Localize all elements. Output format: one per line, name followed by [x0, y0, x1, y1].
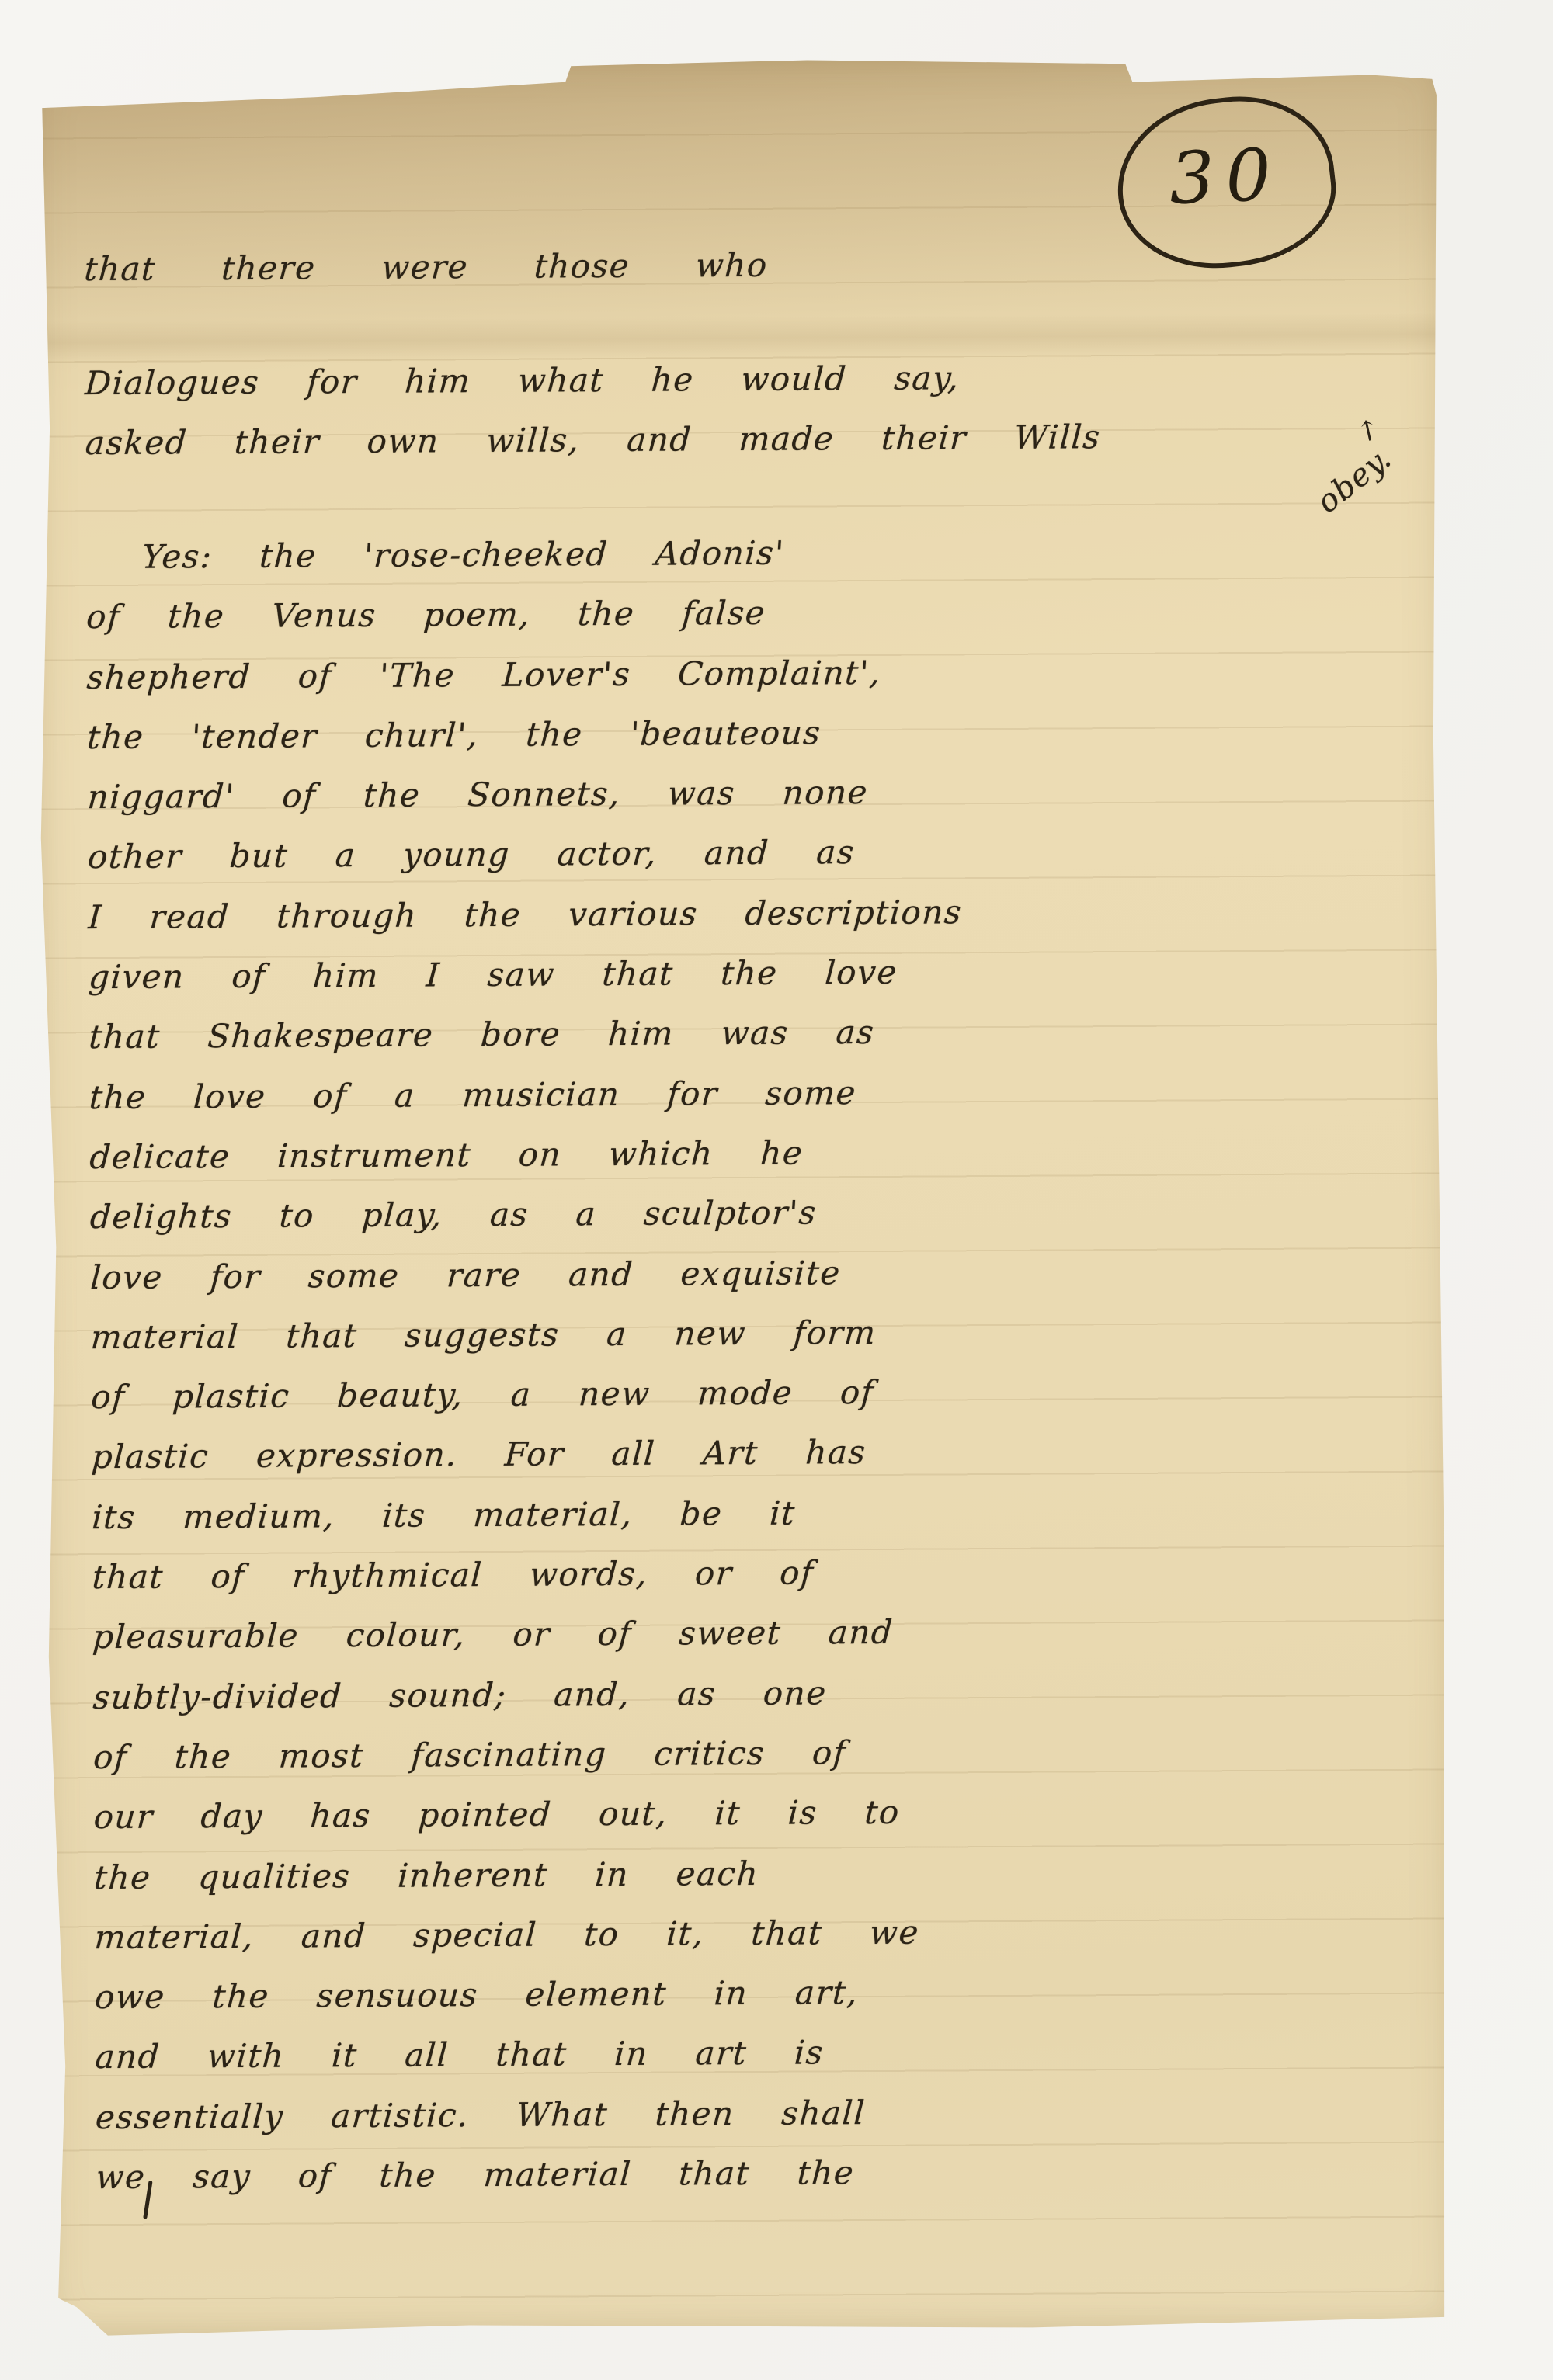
manuscript-line: that of rhythmical words, or of	[91, 1542, 968, 1607]
manuscript-line: delights to play, as a sculptor's	[89, 1182, 966, 1247]
manuscript-line: its medium, its material, be it	[90, 1482, 968, 1547]
manuscript-line: of the most fascinating critics of	[92, 1722, 969, 1787]
manuscript-line: love for some rare and exquisite	[89, 1242, 966, 1307]
manuscript-line: other but a young actor, and as	[86, 822, 964, 887]
manuscript-line: that Shakespeare bore him was as	[87, 1002, 964, 1067]
manuscript-line: subtly-divided sound; and, as one	[91, 1662, 968, 1727]
manuscript-line: delicate instrument on which he	[88, 1122, 965, 1187]
scan-background: 30 that there were those who Dialogues f…	[0, 0, 1553, 2380]
manuscript-line: the qualities inherent in each	[92, 1842, 970, 1907]
manuscript-line: of the Venus poem, the false	[85, 582, 962, 647]
manuscript-line: we say of the material that the	[94, 2142, 971, 2207]
manuscript-line: and with it all that in art is	[93, 2022, 971, 2087]
manuscript-paragraph: Dialogues for him what he would say, ask…	[85, 347, 1101, 474]
manuscript-line: I read through the various descriptions	[86, 882, 964, 947]
manuscript-line: the love of a musician for some	[88, 1062, 965, 1127]
page-number-badge: 30	[1109, 86, 1343, 279]
manuscript-line: the 'tender churl', the 'beauteous	[85, 702, 963, 767]
manuscript-line: that there were those who	[82, 235, 770, 300]
manuscript-line: material, and special to it, that we	[92, 1902, 970, 1967]
manuscript-line: pleasurable colour, or of sweet and	[91, 1602, 968, 1667]
manuscript-line: niggard' of the Sonnets, was none	[85, 762, 963, 827]
page-number: 30	[1168, 133, 1284, 220]
manuscript-line: asked their own wills, and made their Wi…	[84, 407, 1103, 473]
manuscript-line: shepherd of 'The Lover's Complaint',	[85, 642, 962, 707]
manuscript-line: our day has pointed out, it is to	[92, 1782, 969, 1847]
manuscript-line: of plastic beauty, a new mode of	[89, 1362, 967, 1427]
interline-insertion: ↑ obey.	[1256, 407, 1459, 556]
manuscript-paragraph: Yes: the 'rose-cheeked Adonis' of the Ve…	[86, 522, 971, 2207]
manuscript-line: given of him I saw that the love	[87, 942, 964, 1007]
manuscript-line: essentially artistic. What then shall	[94, 2082, 971, 2147]
manuscript-line: owe the sensuous element in art,	[93, 1962, 971, 2027]
manuscript-line: Dialogues for him what he would say,	[83, 347, 1103, 413]
manuscript-line: material that suggests a new form	[89, 1302, 967, 1367]
manuscript-line: Yes: the 'rose-cheeked Adonis'	[84, 522, 961, 587]
manuscript-page: 30 that there were those who Dialogues f…	[33, 56, 1454, 2339]
manuscript-line: plastic expression. For all Art has	[90, 1422, 968, 1487]
